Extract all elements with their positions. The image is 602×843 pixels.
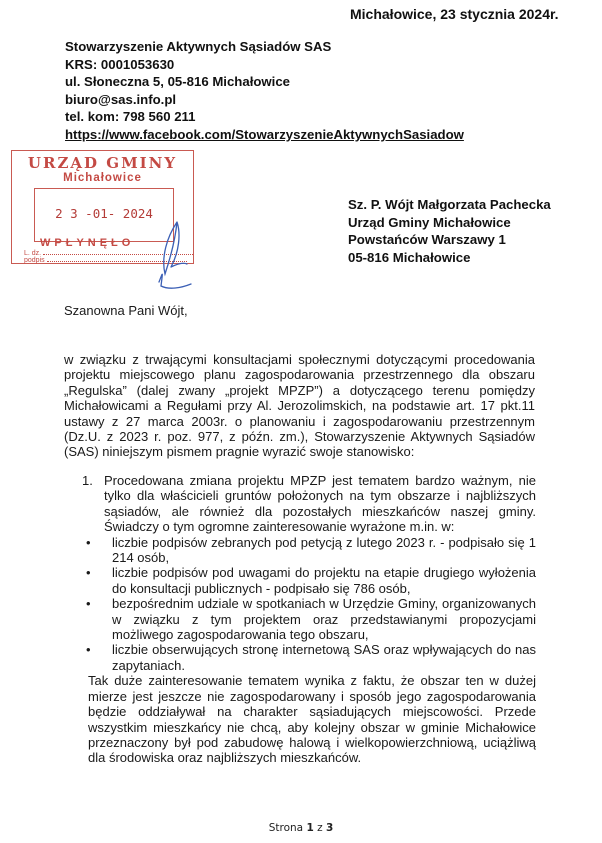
- sender-block: Stowarzyszenie Aktywnych Sąsiadów SAS KR…: [65, 38, 464, 144]
- stamp-ref-label: L. dz.: [24, 250, 41, 257]
- bullet-icon: •: [86, 596, 91, 611]
- sender-name: Stowarzyszenie Aktywnych Sąsiadów SAS: [65, 38, 464, 56]
- list-item: •bezpośrednim udziale w spotkaniach w Ur…: [82, 596, 536, 642]
- recipient-street: Powstańców Warszawy 1: [348, 231, 551, 249]
- stamp-title: URZĄD GMINY: [12, 154, 193, 172]
- sender-phone: tel. kom: 798 560 211: [65, 108, 464, 126]
- bullet-icon: •: [86, 535, 91, 550]
- list-item: •liczbie podpisów pod uwagami do projekt…: [82, 565, 536, 596]
- recipient-name: Sz. P. Wójt Małgorzata Pachecka: [348, 196, 551, 214]
- bullet-icon: •: [86, 565, 91, 580]
- bullet-text: liczbie obserwujących stronę internetową…: [112, 642, 536, 672]
- stamp-subtitle: Michałowice: [12, 172, 193, 184]
- bullet-icon: •: [86, 642, 91, 657]
- letter-date: Michałowice, 23 stycznia 2024r.: [350, 6, 559, 22]
- recipient-office: Urząd Gminy Michałowice: [348, 214, 551, 232]
- handwritten-signature-icon: [155, 212, 195, 292]
- bullet-text: liczbie podpisów pod uwagami do projektu…: [112, 565, 536, 595]
- page-footer: Strona 1 z 3: [0, 822, 602, 834]
- page-separator: z: [317, 822, 323, 834]
- page-current: 1: [306, 822, 313, 834]
- salutation: Szanowna Pani Wójt,: [64, 303, 188, 318]
- stamp-received-label: WPŁYNĘŁO: [40, 237, 134, 249]
- list-item: •liczbie obserwujących stronę internetow…: [82, 642, 536, 673]
- list-item: •liczbie podpisów zebranych pod petycją …: [82, 535, 536, 566]
- point-text: Procedowana zmiana projektu MPZP jest te…: [104, 473, 536, 535]
- stamp-signature-label: podpis: [24, 257, 45, 264]
- bullet-list: •liczbie podpisów zebranych pod petycją …: [82, 535, 536, 674]
- bullet-text: liczbie podpisów zebranych pod petycją z…: [112, 535, 536, 565]
- sender-website-link[interactable]: https://www.facebook.com/StowarzyszenieA…: [65, 126, 464, 144]
- point-conclusion: Tak duże zainteresowanie tematem wynika …: [88, 673, 536, 765]
- recipient-postal: 05-816 Michałowice: [348, 249, 551, 267]
- stamp-date: 2 3 -01- 2024: [35, 206, 173, 221]
- sender-address: ul. Słoneczna 5, 05-816 Michałowice: [65, 73, 464, 91]
- intro-paragraph: w związku z trwającymi konsultacjami spo…: [64, 352, 535, 460]
- sender-krs: KRS: 0001053630: [65, 56, 464, 74]
- point-number: 1.: [82, 473, 93, 488]
- bullet-text: bezpośrednim udziale w spotkaniach w Urz…: [112, 596, 536, 642]
- recipient-block: Sz. P. Wójt Małgorzata Pachecka Urząd Gm…: [348, 196, 551, 266]
- stamp-date-box: 2 3 -01- 2024: [34, 188, 174, 242]
- numbered-point-1: 1. Procedowana zmiana projektu MPZP jest…: [82, 473, 536, 766]
- sender-email: biuro@sas.info.pl: [65, 91, 464, 109]
- page-label: Strona: [269, 822, 303, 834]
- page-total: 3: [326, 822, 333, 834]
